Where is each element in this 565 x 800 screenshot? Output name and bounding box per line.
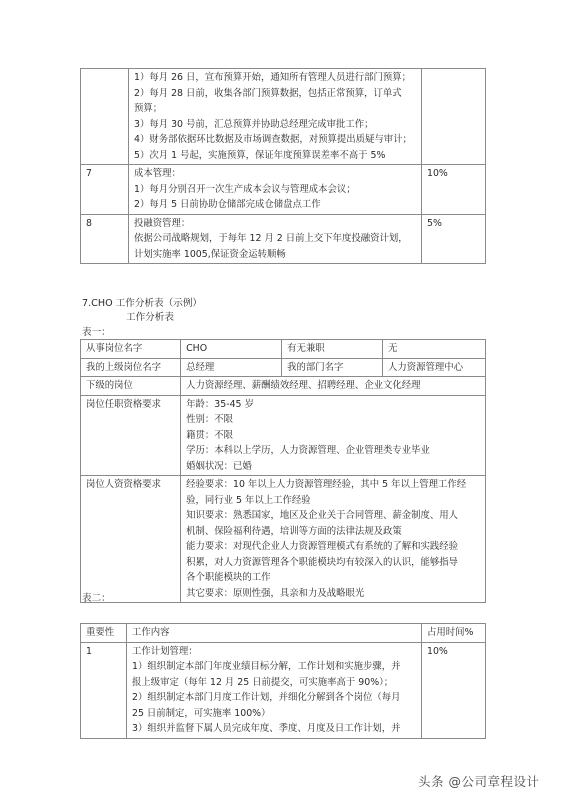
content-line: 1）每月分别召开一次生产成本会议与管理成本会议；	[134, 182, 417, 198]
content-line: 1）组织制定本部门年度业绩目标分解，工作计划和实施步骤，并	[132, 659, 417, 675]
requirement-line: 籍贯：不限	[186, 428, 481, 444]
budget-table-continued: 1）每月 26 日，宣布预算开始，通知所有管理人员进行部门预算； 2）每月 28…	[80, 68, 486, 264]
row-number-cell: 1	[81, 642, 127, 738]
field-label: 有无兼职	[282, 340, 383, 359]
row-number-cell	[81, 69, 129, 165]
field-value: 人力资源管理中心	[383, 358, 486, 377]
content-line: 3）组织并监督下属人员完成年度、季度、月度及日工作计划，并	[132, 721, 417, 737]
field-value: 人力资源经理、薪酬绩效经理、招聘经理、企业文化经理	[181, 377, 486, 396]
requirement-line: 经验要求：10 年以上人力资源管理经验，其中 5 年以上管理工作经	[186, 477, 481, 493]
table-row: 从事岗位名字 CHO 有无兼职 无	[81, 340, 486, 359]
content-line: 依据公司战略规划，于每年 12 月 2 日前上交下年度投融资计划，	[134, 231, 417, 247]
field-value: 经验要求：10 年以上人力资源管理经验，其中 5 年以上管理工作经 验，同行业 …	[181, 476, 486, 603]
requirement-line: 验，同行业 5 年以上工作经验	[186, 493, 481, 509]
content-title: 投融资管理：	[134, 216, 417, 232]
time-percent-cell: 10%	[422, 165, 486, 215]
content-line: 5）次月 1 号起，实施预算，保证年度预算误差率不高于 5%	[134, 148, 417, 164]
work-content-cell: 1）每月 26 日，宣布预算开始，通知所有管理人员进行部门预算； 2）每月 28…	[129, 69, 422, 165]
work-content-cell: 成本管理： 1）每月分别召开一次生产成本会议与管理成本会议； 2）每月 5 日前…	[129, 165, 422, 215]
requirement-line: 婚姻状况：已婚	[186, 459, 481, 475]
row-number-cell: 7	[81, 165, 129, 215]
column-header-importance: 重要性	[81, 624, 127, 643]
table1-label: 表一：	[82, 324, 111, 338]
requirement-line: 积累，对人力资源管理各个职能模块均有较深入的认识，能够指导	[186, 555, 481, 571]
requirement-line: 其它要求：原则性强，具亲和力及战略眼光	[186, 586, 481, 602]
content-line: 3）每月 30 号前，汇总预算并协助总经理完成审批工作；	[134, 117, 417, 133]
requirement-line: 能力要求：对现代企业人力资源管理模式有系统的了解和实践经验	[186, 539, 481, 555]
requirement-line: 年龄：35-45 岁	[186, 397, 481, 413]
table-row: 岗位人资资格要求 经验要求：10 年以上人力资源管理经验，其中 5 年以上管理工…	[81, 476, 486, 603]
content-line: 1）每月 26 日，宣布预算开始，通知所有管理人员进行部门预算；	[134, 70, 417, 86]
field-value: 年龄：35-45 岁 性别：不限 籍贯：不限 学历：本科以上学历，人力资源管理、…	[181, 395, 486, 476]
column-header-content: 工作内容	[127, 624, 422, 643]
section-heading: 7.CHO 工作分析表（示例）	[82, 295, 202, 309]
time-percent-cell	[422, 69, 486, 165]
work-content-cell: 投融资管理： 依据公司战略规划，于每年 12 月 2 日前上交下年度投融资计划，…	[129, 214, 422, 264]
watermark: 头条 @公司章程设计	[418, 772, 539, 790]
content-line: 4）财务部依据环比数据及市场调查数据，对预算提出质疑与审计；	[134, 132, 417, 148]
table-row: 下级的岗位 人力资源经理、薪酬绩效经理、招聘经理、企业文化经理	[81, 377, 486, 396]
content-line: 2）组织制定本部门月度工作计划，并细化分解到各个岗位（每月	[132, 690, 417, 706]
row-number-cell: 8	[81, 214, 129, 264]
requirement-line: 各个职能模块的工作	[186, 570, 481, 586]
field-value: 无	[383, 340, 486, 359]
field-label: 我的上级岗位名字	[81, 358, 181, 377]
requirement-line: 学历：本科以上学历，人力资源管理、企业管理类专业毕业	[186, 443, 481, 459]
requirement-line: 性别：不限	[186, 412, 481, 428]
table-row: 岗位任职资格要求 年龄：35-45 岁 性别：不限 籍贯：不限 学历：本科以上学…	[81, 395, 486, 476]
table2-label: 表二：	[82, 590, 111, 604]
table-row: 7 成本管理： 1）每月分别召开一次生产成本会议与管理成本会议； 2）每月 5 …	[81, 165, 486, 215]
field-label: 我的部门名字	[282, 358, 383, 377]
field-label: 岗位人资资格要求	[81, 476, 181, 603]
time-percent-cell: 5%	[422, 214, 486, 264]
content-title: 工作计划管理：	[132, 644, 417, 660]
content-line: 25 日前制定，可实施率 100%）	[132, 706, 417, 722]
field-label: 从事岗位名字	[81, 340, 181, 359]
table-row: 8 投融资管理： 依据公司战略规划，于每年 12 月 2 日前上交下年度投融资计…	[81, 214, 486, 264]
job-analysis-table-1: 从事岗位名字 CHO 有无兼职 无 我的上级岗位名字 总经理 我的部门名字 人力…	[80, 339, 486, 603]
table-row: 1）每月 26 日，宣布预算开始，通知所有管理人员进行部门预算； 2）每月 28…	[81, 69, 486, 165]
job-analysis-table-2: 重要性 工作内容 占用时间% 1 工作计划管理： 1）组织制定本部门年度业绩目标…	[80, 623, 486, 739]
content-line: 计划实施率 1005,保证资金运转顺畅	[134, 247, 417, 263]
column-header-time: 占用时间%	[422, 624, 486, 643]
content-line: 2）每月 28 日前，收集各部门预算数据，包括正常预算，订单式	[134, 86, 417, 102]
section-subheading: 工作分析表	[126, 309, 174, 323]
field-label: 岗位任职资格要求	[81, 395, 181, 476]
table-row: 1 工作计划管理： 1）组织制定本部门年度业绩目标分解，工作计划和实施步骤，并 …	[81, 642, 486, 738]
work-content-cell: 工作计划管理： 1）组织制定本部门年度业绩目标分解，工作计划和实施步骤，并 报上…	[127, 642, 422, 738]
time-percent-cell: 10%	[422, 642, 486, 738]
content-line: 预算；	[134, 101, 417, 117]
table-header-row: 重要性 工作内容 占用时间%	[81, 624, 486, 643]
content-title: 成本管理：	[134, 166, 417, 182]
content-line: 报上级审定（每年 12 月 25 日前提交，可实施率高于 90%）；	[132, 675, 417, 691]
table-row: 我的上级岗位名字 总经理 我的部门名字 人力资源管理中心	[81, 358, 486, 377]
content-line: 2）每月 5 日前协助仓储部完成仓储盘点工作	[134, 197, 417, 213]
field-value: CHO	[181, 340, 282, 359]
field-value: 总经理	[181, 358, 282, 377]
requirement-line: 机制、保险福利待遇，培训等方面的法律法规及政策	[186, 524, 481, 540]
field-label: 下级的岗位	[81, 377, 181, 396]
requirement-line: 知识要求：熟悉国家，地区及企业关于合同管理、薪金制度、用人	[186, 508, 481, 524]
